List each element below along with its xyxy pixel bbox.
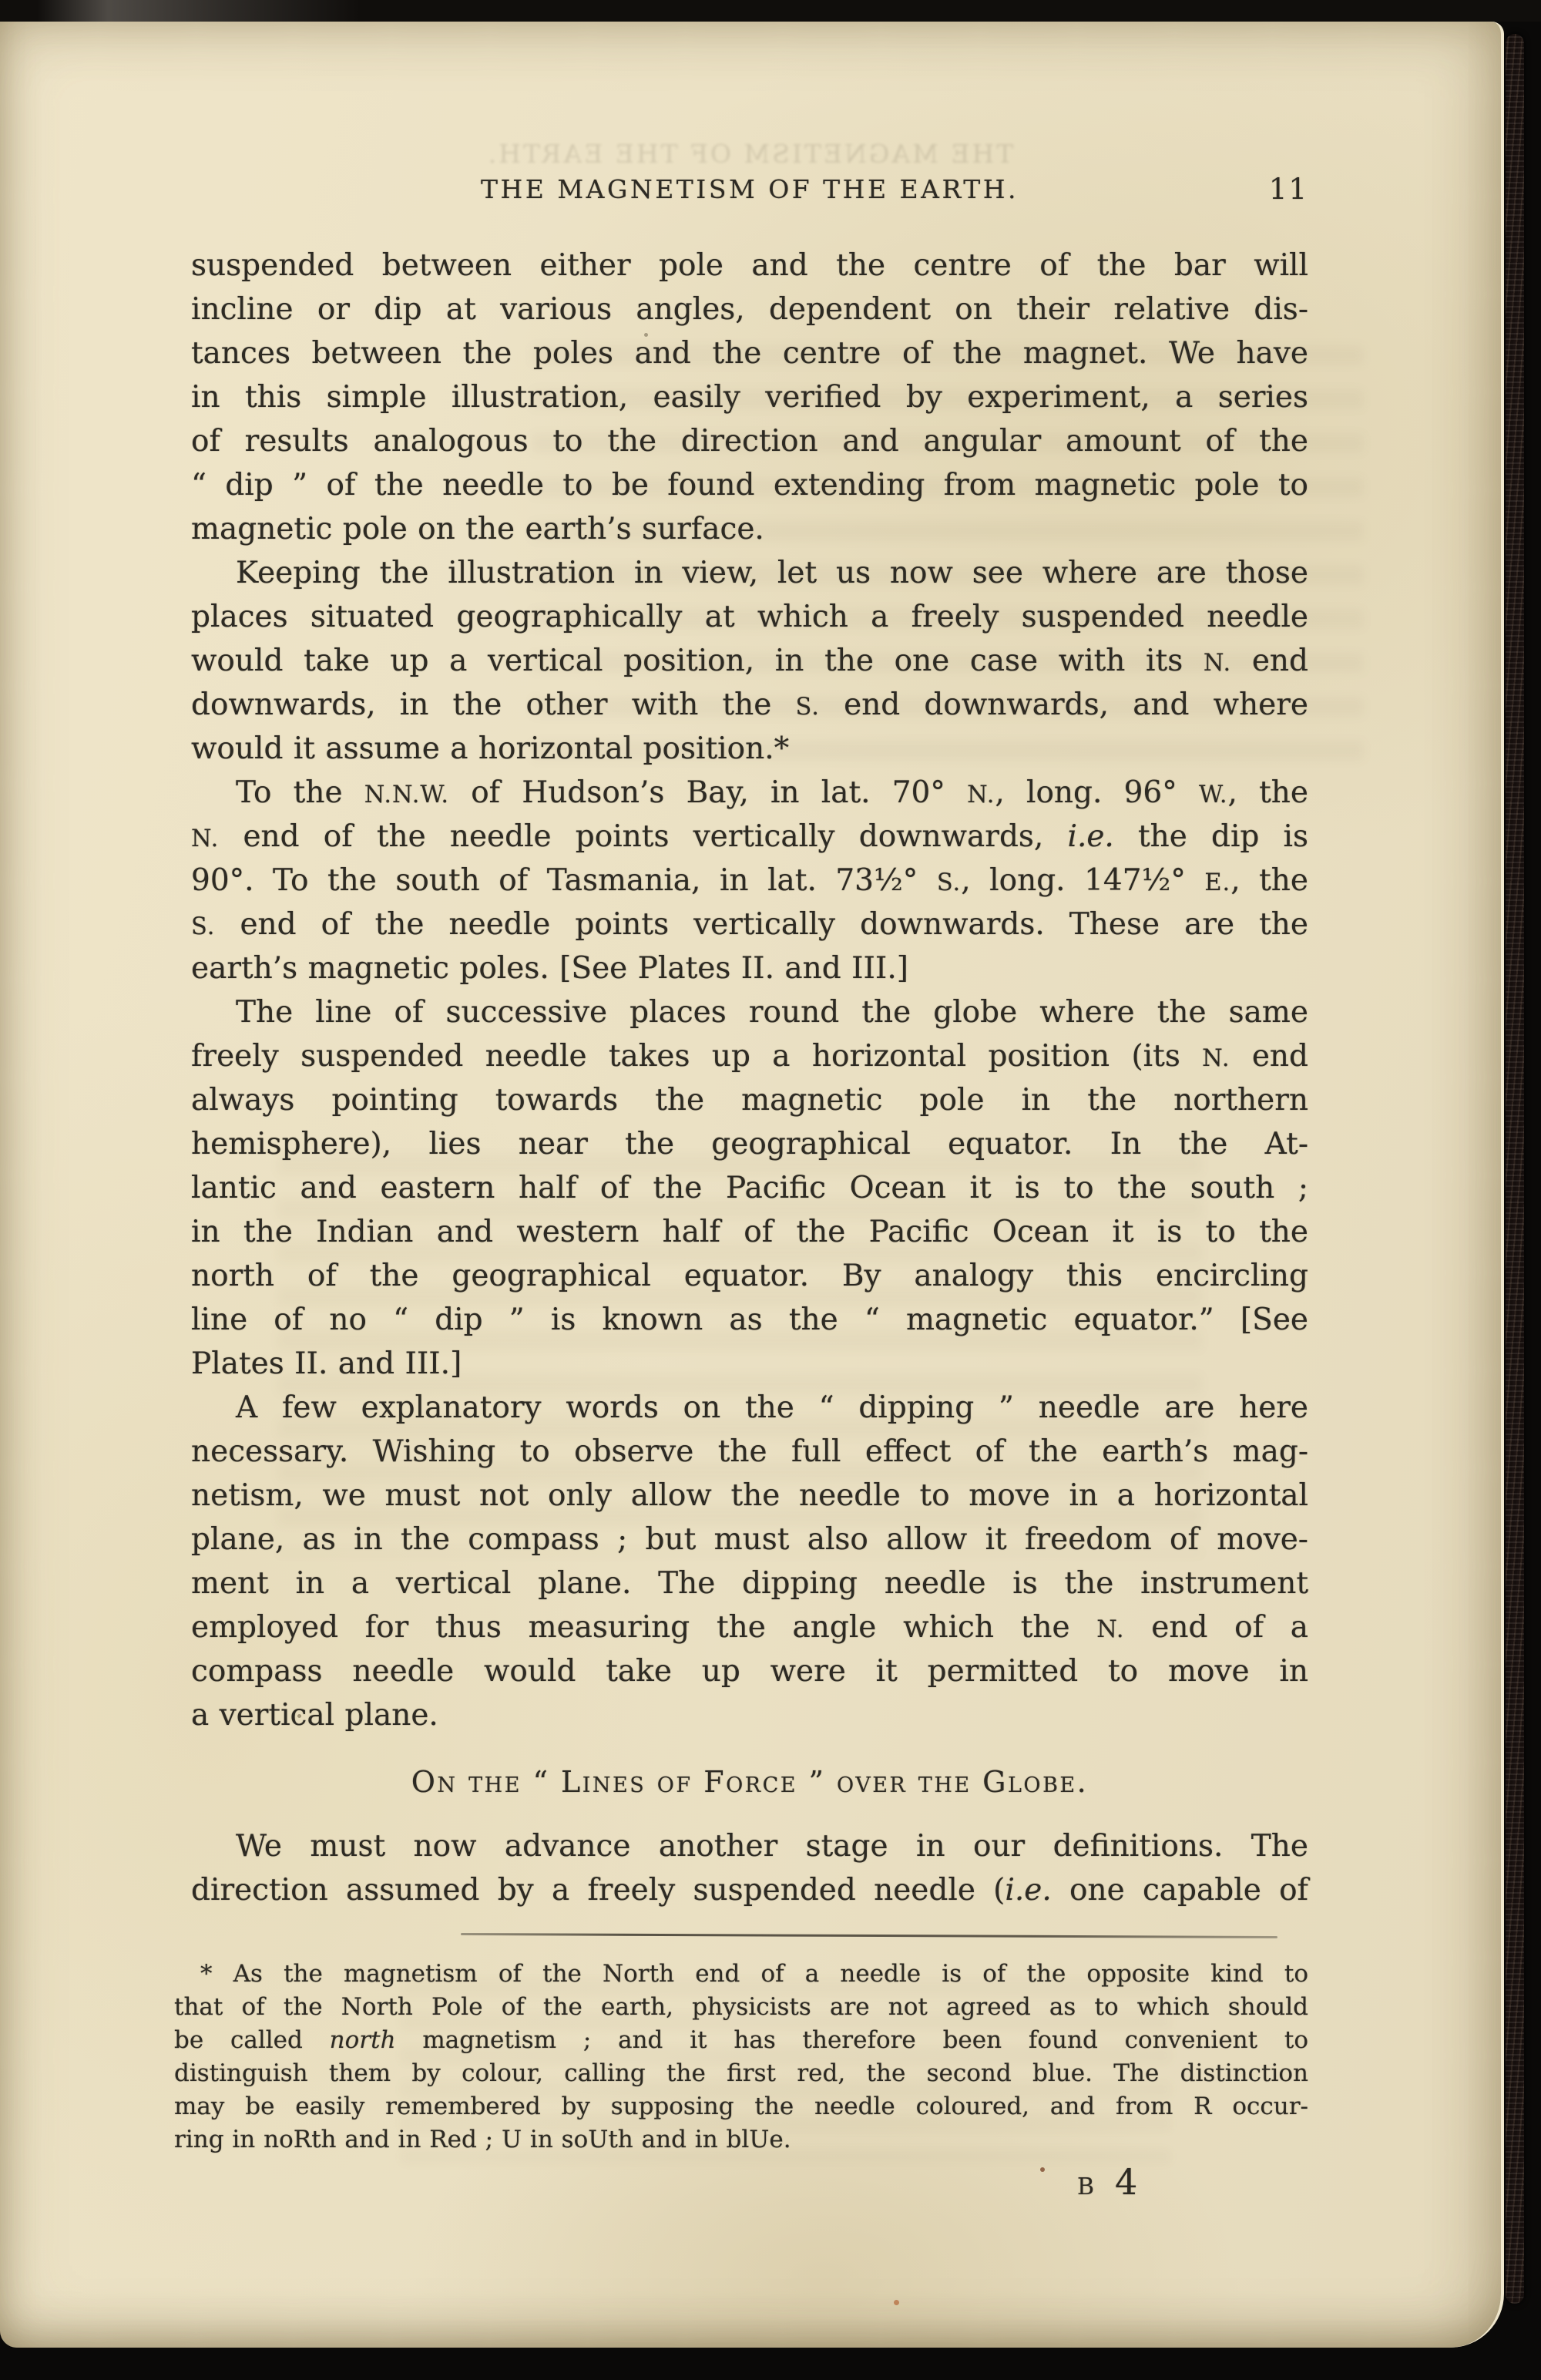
body-text: suspended between either pole and the ce… [191, 244, 1308, 1912]
text-line: A few explanatory words on the “ dipping… [191, 1386, 1308, 1430]
text-line: incline or dip at various angles, depend… [191, 287, 1308, 331]
text-line: would it assume a horizontal position.* [191, 727, 1308, 771]
text-line: To the N.N.W. of Hudson’s Bay, in lat. 7… [191, 771, 1308, 815]
text-line: line of no “ dip ” is known as the “ mag… [191, 1298, 1308, 1342]
section-heading: On the “ Lines of Force ” over the Globe… [191, 1760, 1308, 1804]
signature-mark: B4 [1077, 2161, 1137, 2203]
text-line: direction assumed by a freely suspended … [191, 1868, 1308, 1912]
paper-speck [1040, 2167, 1045, 2172]
signature-number: 4 [1115, 2161, 1137, 2203]
text-line: that of the North Pole of the earth, phy… [174, 1991, 1308, 2024]
text-line: distinguish them by colour, calling the … [174, 2057, 1308, 2090]
scanned-book-photo: THE MAGNETISM OF THE EARTH. THE MAGNETIS… [0, 0, 1541, 2380]
text-line: a vertical plane. [191, 1693, 1308, 1737]
book-cover-right-edge [1506, 34, 1524, 2304]
text-line: 90°. To the south of Tasmania, in lat. 7… [191, 859, 1308, 903]
text-line: tances between the poles and the centre … [191, 331, 1308, 375]
footnote-separator-rule [461, 1933, 1277, 1938]
text-line: hemisphere), lies near the geographical … [191, 1122, 1308, 1166]
text-line: * As the magnetism of the North end of a… [174, 1958, 1308, 1991]
text-line: Keeping the illustration in view, let us… [191, 551, 1308, 595]
running-header: THE MAGNETISM OF THE EARTH. [191, 174, 1308, 204]
text-line: suspended between either pole and the ce… [191, 244, 1308, 287]
paragraph: The line of successive places round the … [191, 990, 1308, 1386]
text-line: Plates II. and III.] [191, 1342, 1308, 1386]
leather-highlight [37, 0, 361, 22]
text-line: employed for thus measuring the angle wh… [191, 1605, 1308, 1649]
text-line: would take up a vertical position, in th… [191, 639, 1308, 683]
text-line: necessary. Wishing to observe the full e… [191, 1430, 1308, 1474]
paper-speck [894, 2300, 899, 2305]
paragraph: Keeping the illustration in view, let us… [191, 551, 1308, 771]
text-line: places situated geographically at which … [191, 595, 1308, 639]
text-line: in this simple illustration, easily veri… [191, 375, 1308, 419]
text-line: lantic and eastern half of the Pacific O… [191, 1166, 1308, 1210]
text-line: We must now advance another stage in our… [191, 1824, 1308, 1868]
text-line: ring in noRth and in Red ; U in soUth an… [174, 2123, 1308, 2156]
text-line: ment in a vertical plane. The dipping ne… [191, 1561, 1308, 1605]
footnote: * As the magnetism of the North end of a… [174, 1958, 1308, 2156]
text-line: S. end of the needle points vertically d… [191, 903, 1308, 946]
text-line: always pointing towards the magnetic pol… [191, 1078, 1308, 1122]
paragraph: A few explanatory words on the “ dipping… [191, 1386, 1308, 1737]
text-line: compass needle would take up were it per… [191, 1649, 1308, 1693]
text-line: freely suspended needle takes up a horiz… [191, 1034, 1308, 1078]
text-line: plane, as in the compass ; but must also… [191, 1518, 1308, 1561]
text-line: The line of successive places round the … [191, 990, 1308, 1034]
text-line: earth’s magnetic poles. [See Plates II. … [191, 946, 1308, 990]
book-page: THE MAGNETISM OF THE EARTH. THE MAGNETIS… [0, 22, 1504, 2348]
paragraph: We must now advance another stage in our… [191, 1824, 1308, 1912]
bleedthrough-header: THE MAGNETISM OF THE EARTH. [191, 139, 1308, 169]
text-line: be called north magnetism ; and it has t… [174, 2024, 1308, 2057]
text-line: magnetic pole on the earth’s surface. [191, 507, 1308, 551]
text-line: north of the geographical equator. By an… [191, 1254, 1308, 1298]
text-line: downwards, in the other with the S. end … [191, 683, 1308, 727]
text-line: N. end of the needle points vertically d… [191, 815, 1308, 859]
text-line: “ dip ” of the needle to be found extend… [191, 463, 1308, 507]
text-line: netism, we must not only allow the needl… [191, 1474, 1308, 1518]
text-line: in the Indian and western half of the Pa… [191, 1210, 1308, 1254]
book-cover-top-edge [0, 0, 1541, 22]
signature-letter: B [1077, 2173, 1095, 2200]
paragraph: suspended between either pole and the ce… [191, 244, 1308, 551]
paragraph: To the N.N.W. of Hudson’s Bay, in lat. 7… [191, 771, 1308, 990]
text-line: of results analogous to the direction an… [191, 419, 1308, 463]
text-line: may be easily remembered by supposing th… [174, 2090, 1308, 2123]
page-number: 11 [1269, 173, 1308, 206]
